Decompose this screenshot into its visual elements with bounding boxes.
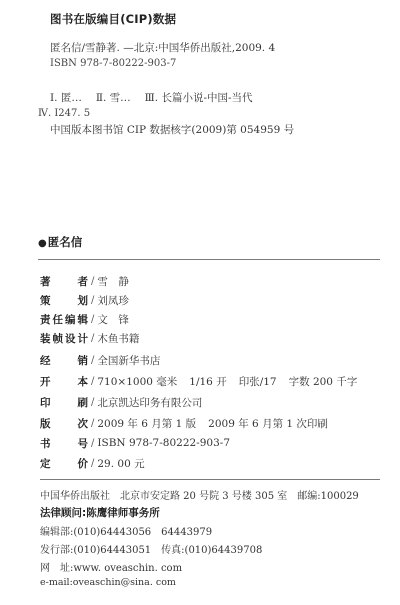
editorial-phone-line: 编辑部:(010)6444305664443979 — [40, 523, 212, 538]
cip-heading: 图书在版编目(CIP)数据 — [50, 11, 176, 27]
distribution-phone-line: 发行部:(010)64443051传真:(010)64439708 — [40, 541, 262, 556]
credit-value: 29. 00 元 — [97, 456, 144, 471]
divider-bottom — [40, 479, 380, 480]
editorial-phone-2: 64443979 — [161, 527, 212, 538]
publisher-name: 中国华侨出版社 — [40, 491, 110, 502]
cip-isbn: ISBN 978-7-80222-903-7 — [50, 58, 176, 69]
credit-row-isbn: 书号 / ISBN 978-7-80222-903-7 — [40, 435, 230, 451]
book-title: ●匿名信 — [38, 234, 82, 250]
credit-label: 印刷 — [40, 395, 88, 410]
credit-label: 版次 — [40, 416, 88, 431]
credit-label: 定价 — [40, 456, 88, 471]
credit-value: 刘凤珍 — [97, 293, 129, 308]
credit-row-printer: 印刷 / 北京凯达印务有限公司 — [40, 394, 202, 410]
cip-class-1: Ⅰ. 匿… — [50, 92, 82, 104]
credit-label: 经销 — [40, 353, 88, 368]
credit-value: 北京凯达印务有限公司 — [97, 395, 202, 410]
book-title-text: 匿名信 — [48, 235, 83, 249]
email-link[interactable]: oveaschin@sina. com — [73, 577, 176, 588]
credit-label: 策划 — [40, 293, 88, 308]
credit-row-format: 开本 / 710×1000 毫米1/16 开印张/17字数 200 千字 — [40, 373, 357, 389]
credit-row-editor: 责任编辑 / 文 锋 — [40, 311, 129, 327]
credit-value: 雪 静 — [97, 274, 129, 289]
credit-value: 木鱼书籍 — [97, 331, 139, 346]
publisher-address: 北京市安定路 20 号院 3 号楼 305 室 — [120, 491, 287, 502]
distribution-fax: (010)64439708 — [185, 545, 263, 556]
credit-row-edition: 版次 / 2009 年 6 月第 1 版2009 年 6 月第 1 次印刷 — [40, 415, 328, 431]
credit-value: 文 锋 — [97, 312, 129, 327]
cip-classification: Ⅰ. 匿…Ⅱ. 雪…Ⅲ. 长篇小说-中国-当代 — [50, 90, 253, 105]
cip-class-3: Ⅲ. 长篇小说-中国-当代 — [145, 92, 253, 104]
credit-row-distributor: 经销 / 全国新华书店 — [40, 352, 160, 368]
email-line: e-mail:oveaschin@sina. com — [40, 577, 176, 588]
divider-top — [38, 259, 380, 260]
credit-label: 开本 — [40, 374, 88, 389]
credit-row-price: 定价 / 29. 00 元 — [40, 455, 145, 471]
publisher-postcode: 邮编:100029 — [297, 491, 359, 502]
cip-record-number: 中国版本图书馆 CIP 数据核字(2009)第 054959 号 — [50, 122, 294, 137]
credit-row-designer: 装帧设计 / 木鱼书籍 — [40, 330, 139, 346]
website-line: 网址:www. oveaschin. com — [40, 559, 182, 574]
credit-row-author: 著者 / 雪 静 — [40, 273, 129, 289]
credit-value: ISBN 978-7-80222-903-7 — [97, 437, 230, 449]
cip-class-2: Ⅱ. 雪… — [96, 92, 131, 104]
legal-counsel: 法律顾问:陈鹰律师事务所 — [40, 505, 160, 520]
credit-row-planner: 策划 / 刘凤珍 — [40, 292, 129, 308]
credit-value: 全国新华书店 — [97, 353, 160, 368]
cip-bibliographic-line: 匿名信/雪静著. —北京:中国华侨出版社,2009. 4 — [50, 40, 275, 55]
credit-label: 责任编辑 — [40, 312, 88, 327]
credit-label: 装帧设计 — [40, 331, 88, 346]
credit-value: 710×1000 毫米1/16 开印张/17字数 200 千字 — [97, 374, 357, 389]
credit-label: 书号 — [40, 436, 88, 451]
editorial-phone-1: (010)64443056 — [73, 527, 151, 538]
bullet-icon: ● — [38, 238, 47, 249]
credit-value: 2009 年 6 月第 1 版2009 年 6 月第 1 次印刷 — [97, 416, 328, 431]
website-link[interactable]: www. oveaschin. com — [73, 563, 182, 574]
publisher-address-line: 中国华侨出版社北京市安定路 20 号院 3 号楼 305 室邮编:100029 — [40, 487, 359, 502]
cip-clc-number: Ⅳ. I247. 5 — [38, 108, 90, 119]
distribution-phone: (010)64443051 — [73, 545, 151, 556]
credit-label: 著者 — [40, 274, 88, 289]
